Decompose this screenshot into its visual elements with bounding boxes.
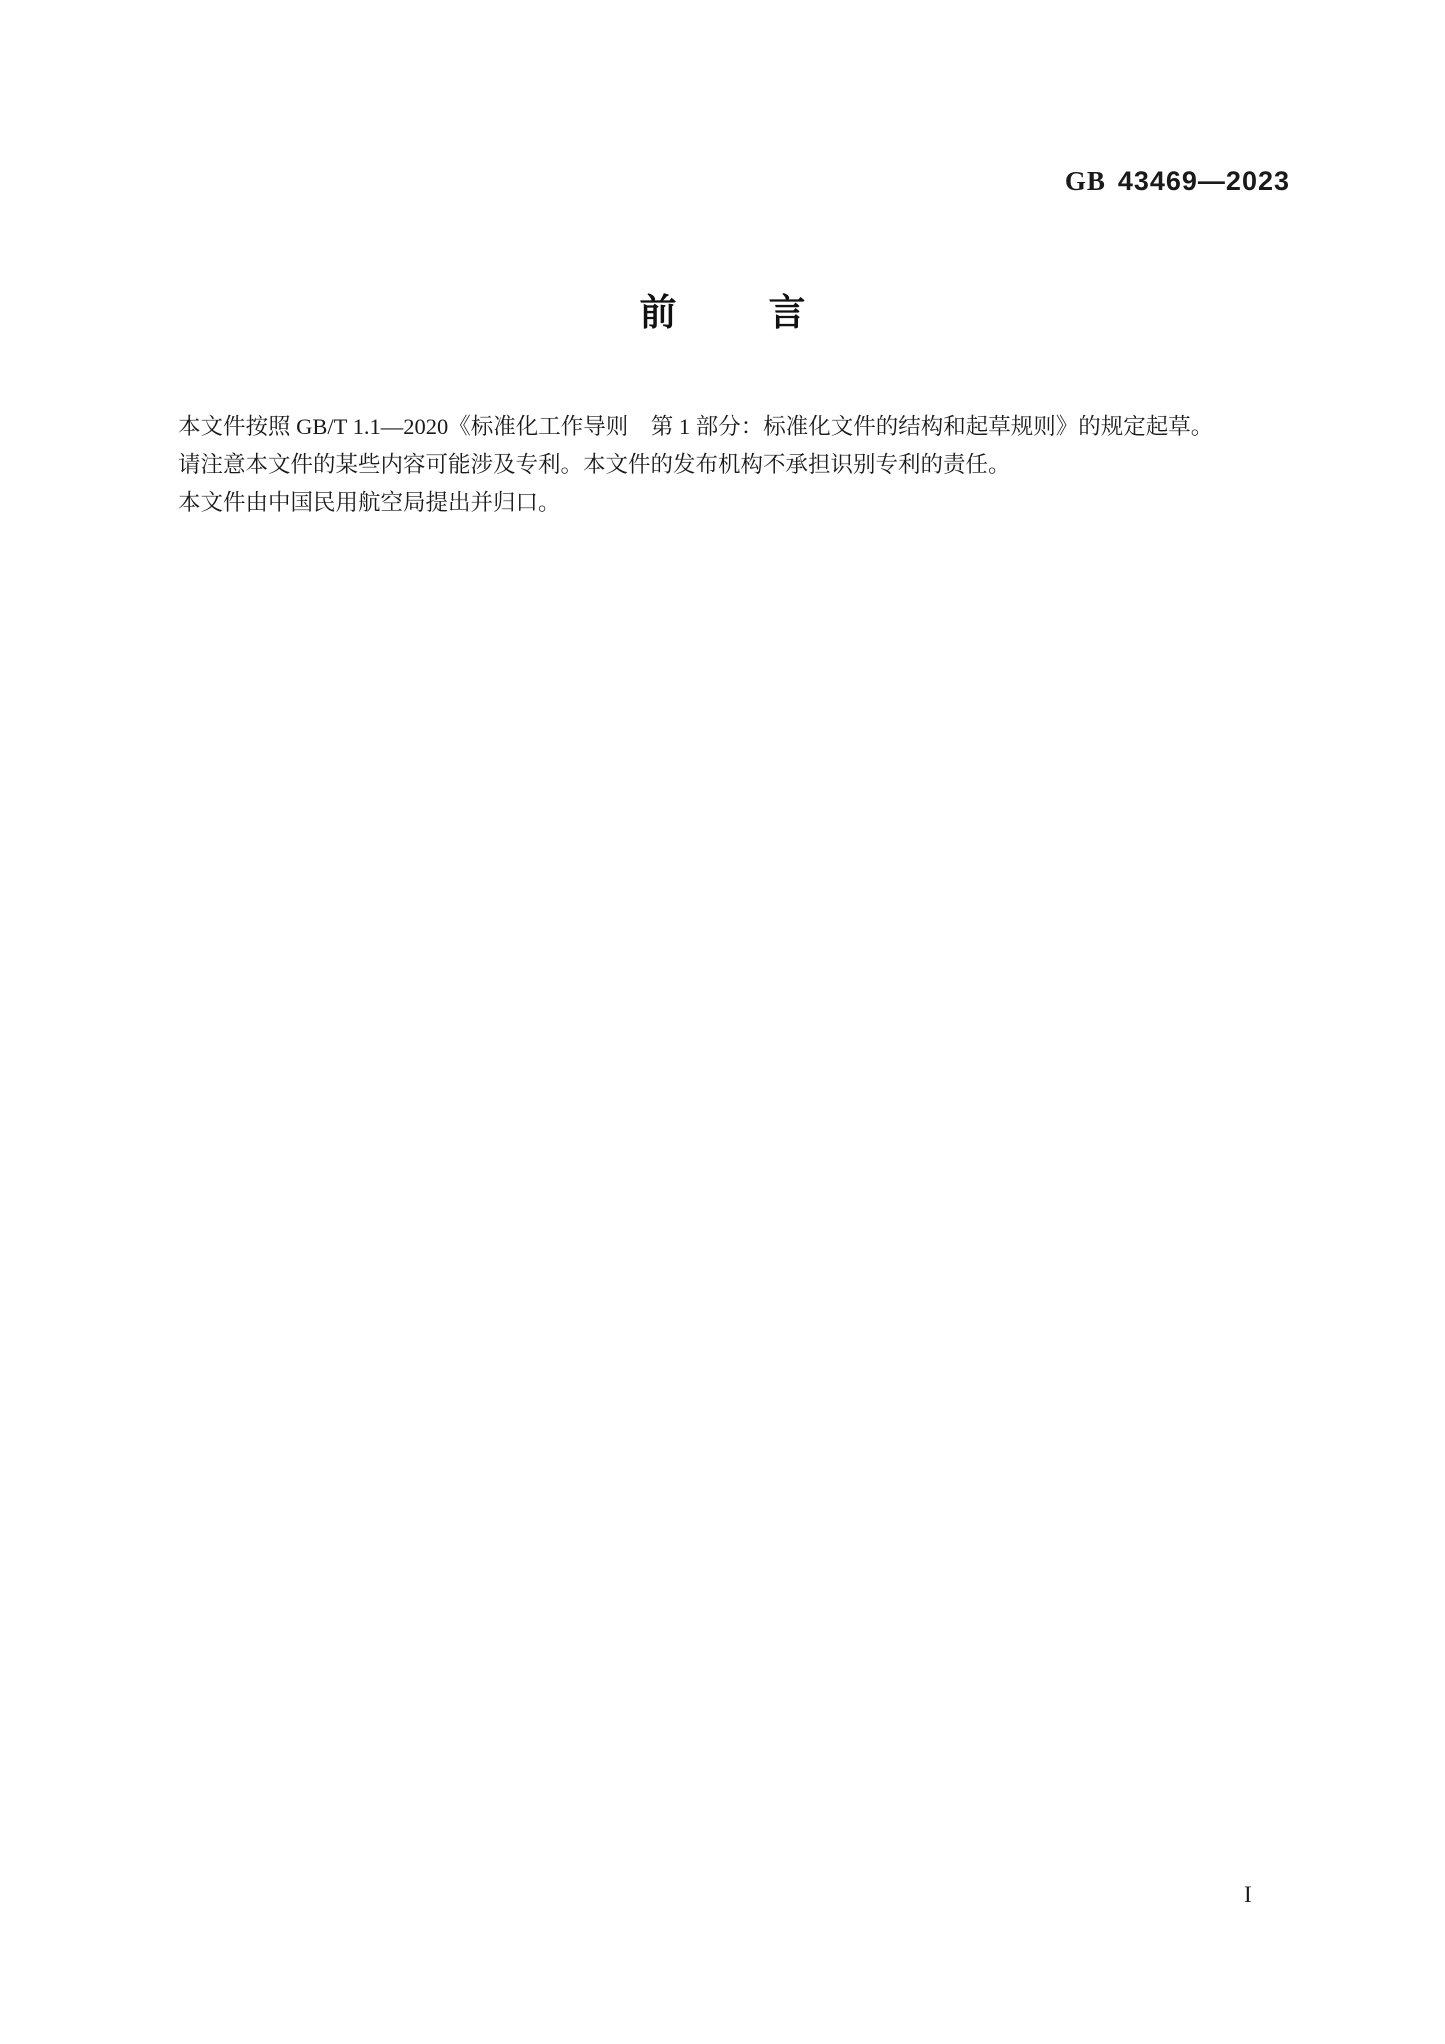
standard-code-prefix: GB: [1065, 166, 1106, 196]
standard-code: GB43469—2023: [1065, 166, 1290, 196]
page-number: I: [1244, 1882, 1252, 1908]
page-title: 前言: [0, 291, 1445, 335]
foreword-body: 本文件按照 GB/T 1.1—2020《标准化工作导则 第 1 部分：标准化文件…: [133, 408, 1291, 522]
foreword-paragraph-1: 本文件按照 GB/T 1.1—2020《标准化工作导则 第 1 部分：标准化文件…: [133, 408, 1291, 446]
page-title-char-2: 言: [769, 292, 806, 333]
page-title-char-1: 前: [640, 292, 677, 333]
foreword-paragraph-3: 本文件由中国民用航空局提出并归口。: [133, 484, 1291, 522]
foreword-paragraph-2: 请注意本文件的某些内容可能涉及专利。本文件的发布机构不承担识别专利的责任。: [133, 446, 1291, 484]
standard-code-number: 43469—2023: [1118, 166, 1290, 196]
document-page: GB43469—2023 前言 本文件按照 GB/T 1.1—2020《标准化工…: [0, 0, 1445, 2044]
